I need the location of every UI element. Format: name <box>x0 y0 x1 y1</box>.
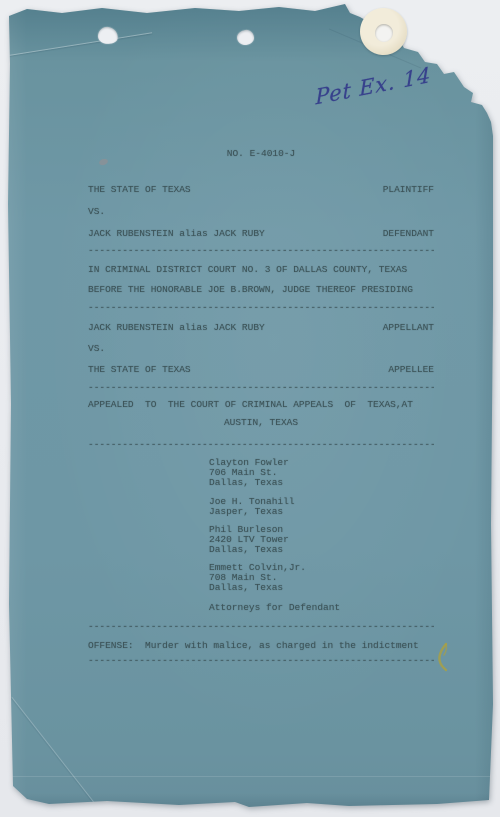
attorney-address: Dallas, Texas <box>209 582 434 593</box>
plaintiff-role: PLAINTIFF <box>383 184 434 195</box>
offense-line: OFFENSE: Murder with malice, as charged … <box>88 640 434 651</box>
document-page-wrapper: NO. E-4010-J THE STATE OF TEXAS PLAINTIF… <box>0 0 500 817</box>
typed-content: NO. E-4010-J THE STATE OF TEXAS PLAINTIF… <box>88 4 434 807</box>
scanner-background: NO. E-4010-J THE STATE OF TEXAS PLAINTIF… <box>0 0 500 817</box>
case-number: NO. E-4010-J <box>88 148 434 159</box>
appellant-row: JACK RUBENSTEIN alias JACK RUBY APPELLAN… <box>88 322 434 333</box>
typed-divider: ----------------------------------------… <box>88 382 434 393</box>
typed-divider: ----------------------------------------… <box>88 245 434 256</box>
appellee-row: THE STATE OF TEXAS APPELLEE <box>88 364 434 375</box>
typed-divider: ----------------------------------------… <box>88 621 434 632</box>
vs-label-appeal: VS. <box>88 343 434 354</box>
appellee-role: APPELLEE <box>388 364 434 375</box>
vs-label-trial: VS. <box>88 206 434 217</box>
yellow-pen-mark <box>435 642 451 672</box>
plaintiff-row: THE STATE OF TEXAS PLAINTIFF <box>88 184 434 195</box>
defendant-row: JACK RUBENSTEIN alias JACK RUBY DEFENDAN… <box>88 228 434 239</box>
attorney-address: Dallas, Texas <box>209 477 434 488</box>
typed-divider: ----------------------------------------… <box>88 655 434 666</box>
defendant-role: DEFENDANT <box>383 228 434 239</box>
typed-divider: ----------------------------------------… <box>88 302 434 313</box>
court-line-2: BEFORE THE HONORABLE JOE B.BROWN, JUDGE … <box>88 284 434 295</box>
reinforcement-ring-hole <box>375 24 393 42</box>
plaintiff-party: THE STATE OF TEXAS <box>88 184 191 195</box>
document-page: NO. E-4010-J THE STATE OF TEXAS PLAINTIF… <box>7 4 493 807</box>
paper-crease-bottom-left <box>12 697 99 808</box>
appealed-to-line-2: AUSTIN, TEXAS <box>88 417 434 428</box>
appellee-party: THE STATE OF TEXAS <box>88 364 191 375</box>
attorneys-role-line: Attorneys for Defendant <box>209 602 434 613</box>
appealed-to-line-1: APPEALED TO THE COURT OF CRIMINAL APPEAL… <box>88 399 434 410</box>
court-line-1: IN CRIMINAL DISTRICT COURT NO. 3 OF DALL… <box>88 264 434 275</box>
attorney-address: Dallas, Texas <box>209 544 434 555</box>
typed-divider: ----------------------------------------… <box>88 439 434 450</box>
attorney-address: Jasper, Texas <box>209 506 434 517</box>
appellant-role: APPELLANT <box>383 322 434 333</box>
appellant-party: JACK RUBENSTEIN alias JACK RUBY <box>88 322 265 333</box>
hole-reinforcement-ring <box>360 8 407 55</box>
defendant-party: JACK RUBENSTEIN alias JACK RUBY <box>88 228 265 239</box>
